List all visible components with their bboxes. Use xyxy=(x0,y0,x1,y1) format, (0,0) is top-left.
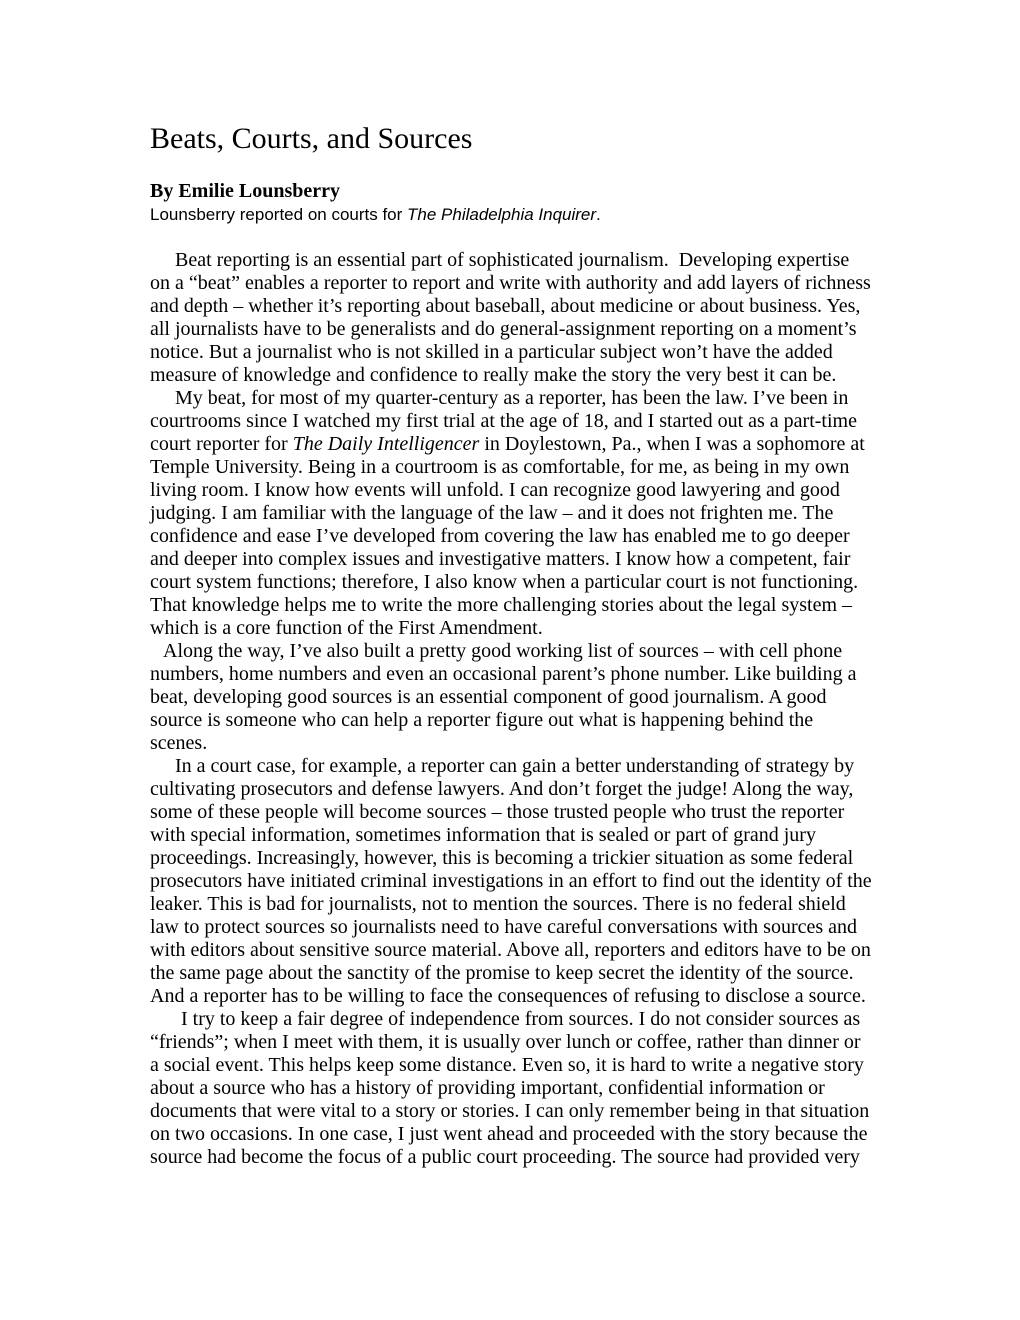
body-text: Beat reporting is an essential part of s… xyxy=(150,249,872,1169)
byline: By Emilie Lounsberry xyxy=(150,180,872,203)
text-segment: in Doylestown, Pa., when I was a sophomo… xyxy=(150,433,865,639)
text-segment: Lounsberry reported on courts for xyxy=(150,205,407,224)
paragraph: Along the way, I’ve also built a pretty … xyxy=(150,640,872,755)
paragraph: Beat reporting is an essential part of s… xyxy=(150,249,872,387)
page-title: Beats, Courts, and Sources xyxy=(150,121,872,157)
paragraph: I try to keep a fair degree of independe… xyxy=(150,1008,872,1169)
text-segment: In a court case, for example, a reporter… xyxy=(150,755,872,1007)
italic-text: The Daily Intelligencer xyxy=(293,433,480,455)
text-segment: Along the way, I’ve also built a pretty … xyxy=(150,640,856,754)
italic-text: The Philadelphia Inquirer xyxy=(407,205,596,224)
text-segment: . xyxy=(596,205,601,224)
document-page: Beats, Courts, and Sources By Emilie Lou… xyxy=(0,0,1020,1320)
paragraph: My beat, for most of my quarter-century … xyxy=(150,387,872,640)
text-segment: Beat reporting is an essential part of s… xyxy=(150,249,871,386)
text-segment: I try to keep a fair degree of independe… xyxy=(150,1008,869,1168)
paragraph: In a court case, for example, a reporter… xyxy=(150,755,872,1008)
credit-line: Lounsberry reported on courts for The Ph… xyxy=(150,203,872,226)
document-content: Beats, Courts, and Sources By Emilie Lou… xyxy=(150,121,872,1169)
